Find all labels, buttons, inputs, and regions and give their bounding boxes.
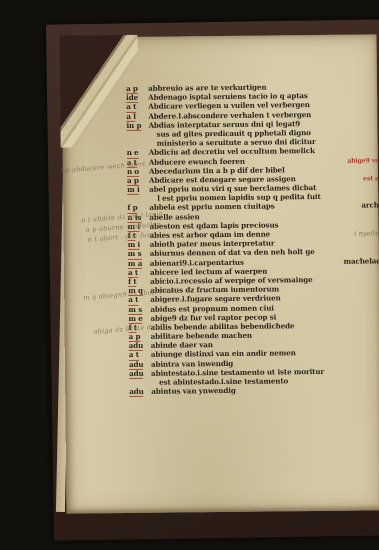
entry-suffix: machelaet bbox=[339, 256, 379, 266]
grammar-code-column: adu bbox=[129, 369, 151, 379]
grammar-code: in p bbox=[126, 121, 141, 131]
book-page: a p abbreuio as are te verkurtigen ide A… bbox=[62, 34, 379, 513]
entry-suffix: archa bbox=[357, 201, 379, 210]
rubric-suffix: abige9 vsn bbox=[343, 156, 379, 166]
dictionary-entry-row: adu abintus van ynwendig bbox=[129, 384, 379, 396]
grammar-code-column: in p bbox=[126, 121, 148, 131]
printed-text-block: a p abbreuio as are te verkurtigen ide A… bbox=[126, 81, 379, 396]
entry-text: abintus van ynwendig bbox=[151, 386, 236, 396]
entry-text: abbela est ppriu nomen ciuitaps bbox=[149, 202, 274, 213]
grammar-code: m i bbox=[127, 185, 139, 195]
grammar-code: adu bbox=[129, 369, 144, 379]
book-photograph: a p abbreuio as are te verkurtigen ide A… bbox=[0, 0, 379, 550]
grammar-code: adu bbox=[129, 387, 144, 397]
grammar-code-column: adu bbox=[129, 387, 151, 397]
grammar-code-column: m i bbox=[127, 185, 149, 195]
handwritten-suffix: i nyellen bbox=[350, 229, 379, 239]
rubric-suffix: est ab bbox=[359, 174, 379, 183]
